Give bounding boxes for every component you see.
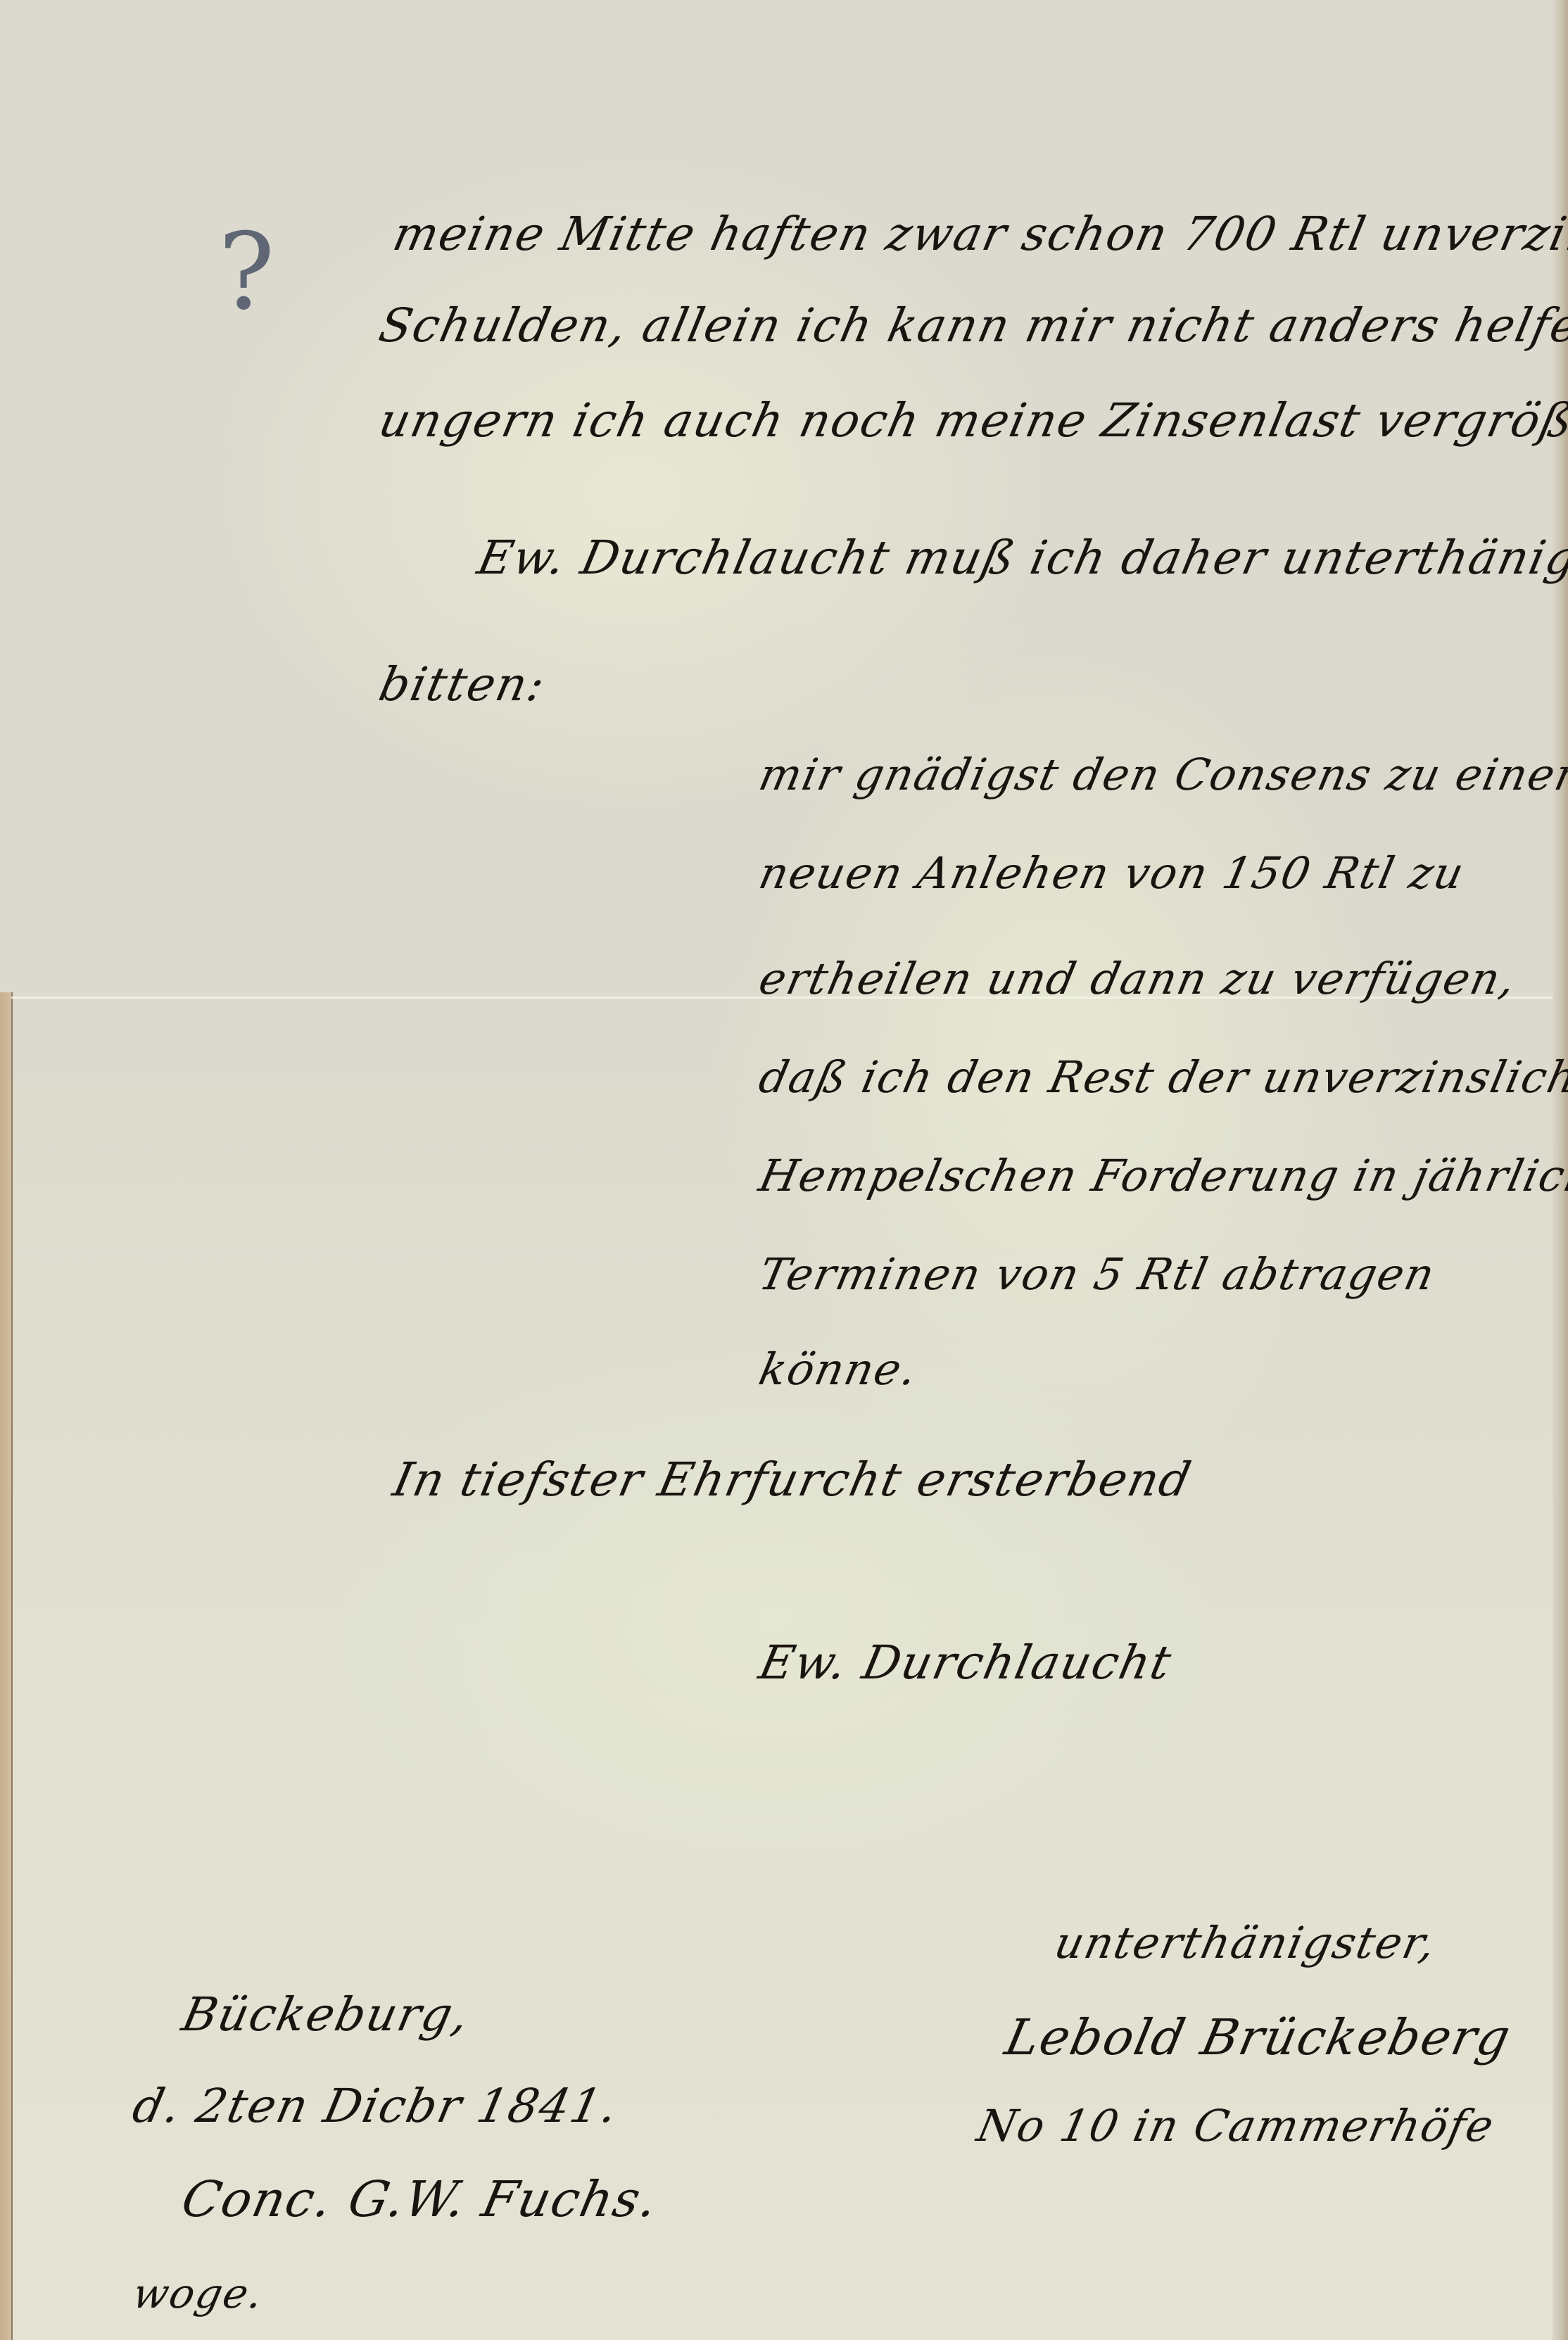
body-line-3: ungern ich auch noch meine Zinsenlast ve… [375,398,1568,444]
body-line-4: Ew. Durchlaucht muß ich daher unterthäni… [474,535,1568,581]
signature-address: No 10 in Cammerhöfe [973,2104,1498,2148]
body-line-2: Schulden, allein ich kann mir nicht ande… [375,303,1568,349]
body-line-5: bitten: [375,662,550,708]
signature-line-1: unterthänigster, [1051,1921,1441,1965]
closing-address: Ew. Durchlaucht [755,1640,1176,1686]
note-woge: woge. [129,2273,268,2314]
request-line-2: neuen Anlehen von 150 Rtl zu [755,852,1468,895]
date: d. 2ten Dicbr 1841. [129,2083,623,2130]
request-line-1: mir gnädigst den Consens zu einem [755,753,1568,797]
place: Bückeburg, [178,1992,474,2038]
request-line-4: daß ich den Rest der unverzinslich [755,1056,1568,1099]
body-line-1: meine Mitte haften zwar schon 700 Rtl un… [389,211,1568,258]
request-line-3: ertheilen und dann zu verfügen, [755,957,1520,1001]
binding-edge [0,992,13,2340]
concept-signature: Conc. G.W. Fuchs. [178,2175,663,2224]
document-page: ? meine Mitte haften zwar schon 700 Rtl … [0,0,1568,2340]
request-line-5: Hempelschen Forderung in jährlichen [755,1154,1568,1198]
margin-question-mark: ? [218,211,274,334]
closing-formula: In tiefster Ehrfurcht ersterbend [389,1457,1196,1503]
signature-name: Lebold Brückeberg [1001,2013,1516,2062]
request-line-7: könne. [755,1348,921,1391]
request-line-6: Terminen von 5 Rtl abtragen [755,1253,1439,1296]
